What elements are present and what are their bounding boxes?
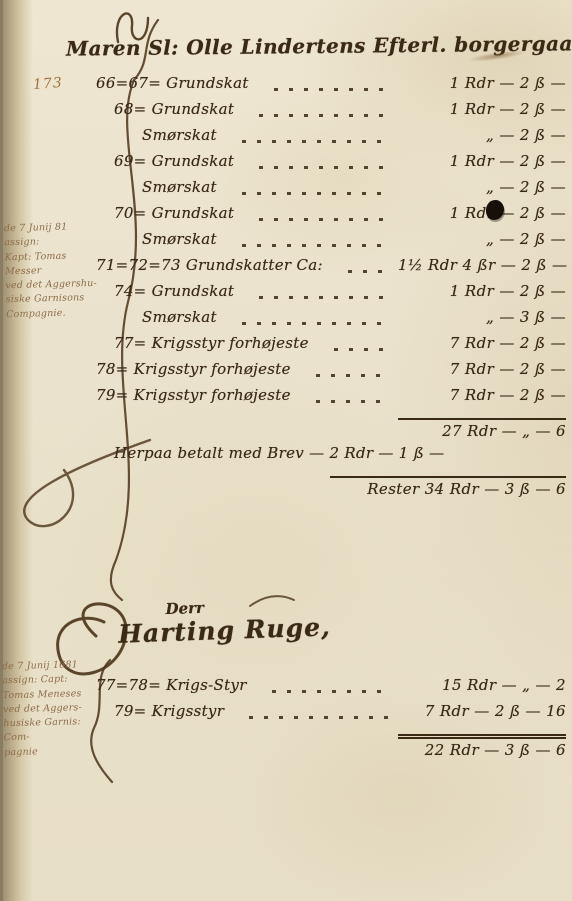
ledger-row: Smørskat„ — 2 ß — <box>142 178 566 204</box>
dotted-leader <box>323 348 388 351</box>
ledger-top-section: 66=67= Grundskat1 Rdr — 2 ß —68= Grundsk… <box>96 74 566 502</box>
ledger-row: 66=67= Grundskat1 Rdr — 2 ß — <box>96 74 566 100</box>
ledger-lower-section: 77=78= Krigs-Styr15 Rdr — „ — 279= Krigs… <box>96 676 566 760</box>
dotted-leader <box>261 690 388 693</box>
row-label: Smørskat <box>142 230 217 248</box>
lower-heading-name: Harting Ruge, <box>118 612 331 648</box>
dotted-leader <box>305 374 388 377</box>
dotted-leader <box>305 400 388 403</box>
row-label: 79= Krigsstyr <box>114 702 224 720</box>
ledger-row: 22 Rdr — 3 ß — 6 <box>96 734 566 760</box>
ledger-row: Smørskat„ — 3 ß — <box>142 308 566 334</box>
ledger-row: 71=72=73 Grundskatter Ca:1½ Rdr 4 ßr — 2… <box>96 256 566 282</box>
row-label: 70= Grundskat <box>114 204 234 222</box>
dotted-leader <box>110 748 388 751</box>
row-label: 79= Krigsstyr forhøjeste <box>96 386 291 404</box>
binding-gutter <box>0 0 33 901</box>
row-label: 71=72=73 Grundskatter Ca: <box>96 256 323 274</box>
margin-note-assignment-top: de 7 Junij 81 assign: Kapt: Tomas Messer… <box>4 220 103 322</box>
margin-note-assignment-lower: de 7 Junij 1681 assign: Capt: Tomas Mene… <box>2 658 101 760</box>
ledger-row: Rester 34 Rdr — 3 ß — 6 <box>96 476 566 502</box>
row-amount: „ — 3 ß — <box>398 308 566 326</box>
row-label: Smørskat <box>142 126 217 144</box>
dotted-leader <box>248 296 388 299</box>
row-label: 78= Krigsstyr forhøjeste <box>96 360 291 378</box>
dotted-leader <box>248 114 388 117</box>
row-label: 74= Grundskat <box>114 282 234 300</box>
row-label: 66=67= Grundskat <box>96 74 249 92</box>
ledger-row: 74= Grundskat1 Rdr — 2 ß — <box>114 282 566 308</box>
ledger-row: Smørskat„ — 2 ß — <box>142 230 566 256</box>
ledger-row: Herpaa betalt med Brev — 2 Rdr — 1 ß — <box>114 444 566 470</box>
manuscript-page: 173 Maren Sl: Olle Lindertens Efterl. bo… <box>0 0 572 901</box>
row-amount: 7 Rdr — 2 ß — 16 <box>398 702 566 720</box>
row-label: 68= Grundskat <box>114 100 234 118</box>
ledger-row: 69= Grundskat1 Rdr — 2 ß — <box>114 152 566 178</box>
ledger-row: Smørskat„ — 2 ß — <box>142 126 566 152</box>
folio-number: 173 <box>32 75 63 93</box>
dotted-leader <box>238 716 388 719</box>
row-label: Smørskat <box>142 178 217 196</box>
dotted-leader <box>110 432 388 435</box>
dotted-leader <box>263 88 388 91</box>
row-amount: 1 Rdr — 2 ß — <box>398 152 566 170</box>
row-label: 69= Grundskat <box>114 152 234 170</box>
dotted-leader <box>337 270 388 273</box>
row-label: 77=78= Krigs-Styr <box>96 676 247 694</box>
dotted-leader <box>458 458 556 461</box>
ledger-row: 68= Grundskat1 Rdr — 2 ß — <box>114 100 566 126</box>
dotted-leader <box>231 322 388 325</box>
ledger-row: 79= Krigsstyr7 Rdr — 2 ß — 16 <box>114 702 566 728</box>
dotted-leader <box>248 218 388 221</box>
row-amount: 1½ Rdr 4 ßr — 2 ß — <box>398 256 566 274</box>
row-label: Herpaa betalt med Brev — 2 Rdr — 1 ß — <box>114 444 444 462</box>
ledger-row: 27 Rdr — „ — 6 <box>96 418 566 444</box>
row-amount: „ — 2 ß — <box>398 230 566 248</box>
ledger-row: 77= Krigsstyr forhøjeste7 Rdr — 2 ß — <box>114 334 566 360</box>
row-amount: 27 Rdr — „ — 6 <box>398 418 566 440</box>
row-amount: 15 Rdr — „ — 2 <box>398 676 566 694</box>
dotted-leader <box>231 140 388 143</box>
lower-section-heading: Derr Harting Ruge, <box>117 594 331 648</box>
ledger-row: 78= Krigsstyr forhøjeste7 Rdr — 2 ß — <box>96 360 566 386</box>
row-amount: 7 Rdr — 2 ß — <box>398 360 566 378</box>
row-amount: 22 Rdr — 3 ß — 6 <box>398 734 566 759</box>
row-label: 77= Krigsstyr forhøjeste <box>114 334 309 352</box>
row-amount: 1 Rdr — 2 ß — <box>398 74 566 92</box>
row-label: Smørskat <box>142 308 217 326</box>
row-amount: 1 Rdr — 2 ß — <box>398 100 566 118</box>
row-amount: 1 Rdr — 2 ß — <box>398 282 566 300</box>
row-amount: 7 Rdr — 2 ß — <box>398 334 566 352</box>
dotted-leader <box>231 192 388 195</box>
row-amount: 7 Rdr — 2 ß — <box>398 386 566 404</box>
dotted-leader <box>231 244 388 247</box>
row-amount: Rester 34 Rdr — 3 ß — 6 <box>330 476 566 498</box>
ledger-row: 79= Krigsstyr forhøjeste7 Rdr — 2 ß — <box>96 386 566 412</box>
row-amount: „ — 2 ß — <box>398 126 566 144</box>
row-amount: 1 Rdr — 2 ß — <box>398 204 566 222</box>
dotted-leader <box>248 166 388 169</box>
row-amount: „ — 2 ß — <box>398 178 566 196</box>
dotted-leader <box>110 490 320 493</box>
ledger-row: 77=78= Krigs-Styr15 Rdr — „ — 2 <box>96 676 566 702</box>
